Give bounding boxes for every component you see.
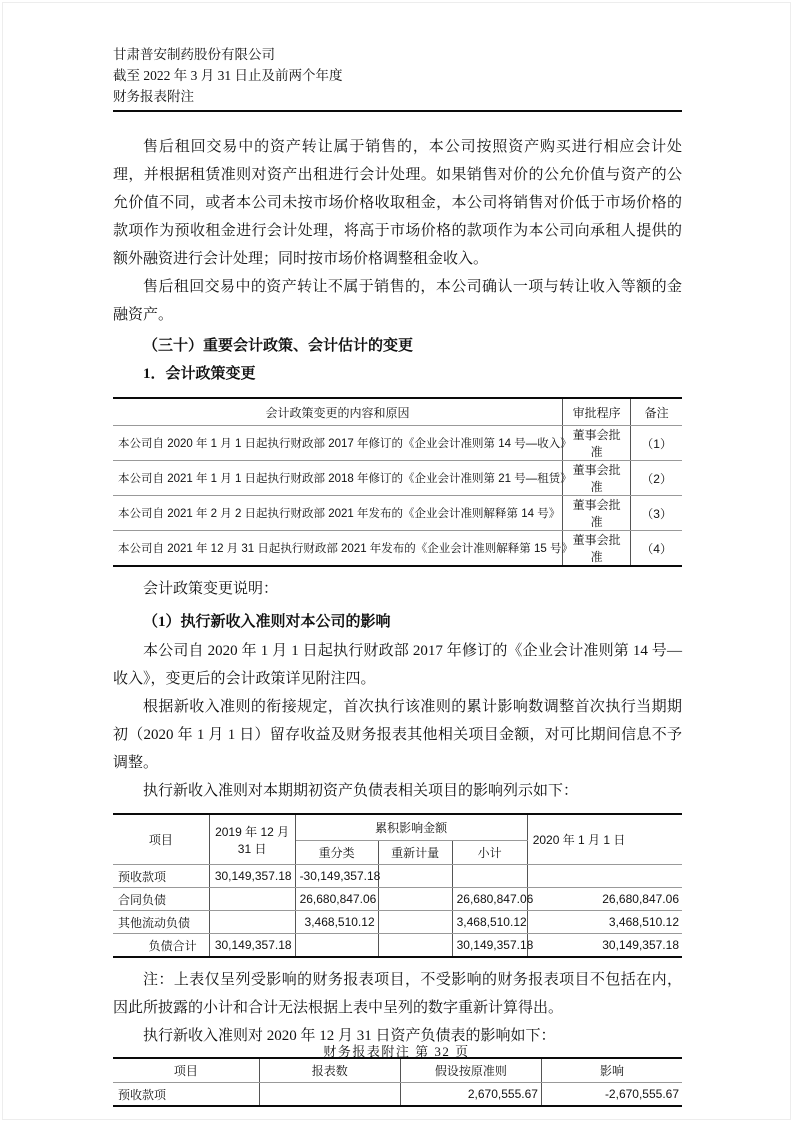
column-header-subtotal: 小计 (452, 841, 527, 865)
value-cell: -30,149,357.18 (295, 865, 378, 888)
column-header-remeasurement: 重新计量 (378, 841, 452, 865)
column-header-approval: 审批程序 (563, 398, 631, 426)
value-cell (209, 888, 295, 911)
item-cell: 预收款项 (113, 865, 209, 888)
value-cell (378, 934, 452, 958)
approval-cell: 董事会批准 (563, 461, 631, 496)
policy-content-cell: 本公司自 2021 年 2 月 2 日起执行财政部 2021 年发布的《企业会计… (113, 496, 563, 531)
paragraph-new-revenue-adoption: 本公司自 2020 年 1 月 1 日起执行财政部 2017 年修订的《企业会计… (113, 637, 682, 693)
note-cell: （4） (631, 531, 682, 567)
page-content: 甘肃普安制药股份有限公司 截至 2022 年 3 月 31 日止及前两个年度 财… (113, 0, 682, 1107)
approval-cell: 董事会批准 (563, 496, 631, 531)
subsection-heading-new-revenue: （1）执行新收入准则对本公司的影响 (113, 608, 682, 636)
note-cell: （1） (631, 426, 682, 461)
value-cell: 2,670,555.67 (400, 1083, 541, 1107)
table-header-row: 项目 报表数 假设按原准则 影响 (113, 1058, 682, 1083)
table-row: 本公司自 2021 年 12 月 31 日起执行财政部 2021 年发布的《企业… (113, 531, 682, 567)
balance-sheet-2020-impact-table: 项目 报表数 假设按原准则 影响 预收款项 2,670,555.67 -2,67… (113, 1057, 682, 1107)
column-header-jan1-2020: 2020 年 1 月 1 日 (527, 814, 682, 865)
table-row: 本公司自 2020 年 1 月 1 日起执行财政部 2017 年修订的《企业会计… (113, 426, 682, 461)
table-row: 合同负债 26,680,847.06 26,680,847.06 26,680,… (113, 888, 682, 911)
table-header-row: 项目 2019 年 12 月 31 日 累积影响金额 2020 年 1 月 1 … (113, 814, 682, 841)
subsection-heading-policy-change: 1．会计政策变更 (113, 360, 682, 388)
value-cell: 26,680,847.06 (295, 888, 378, 911)
value-cell (378, 888, 452, 911)
value-cell (452, 865, 527, 888)
value-cell: 3,468,510.12 (452, 911, 527, 934)
value-cell (527, 865, 682, 888)
paragraph-policy-note: 会计政策变更说明： (113, 575, 682, 603)
column-header-dec31-2019: 2019 年 12 月 31 日 (209, 814, 295, 865)
column-header-cumulative-impact: 累积影响金额 (295, 814, 527, 841)
paragraph-opening-impact-intro: 执行新收入准则对本期期初资产负债表相关项目的影响列示如下： (113, 777, 682, 805)
note-cell: （3） (631, 496, 682, 531)
opening-balance-impact-table: 项目 2019 年 12 月 31 日 累积影响金额 2020 年 1 月 1 … (113, 813, 682, 958)
note-cell: （2） (631, 461, 682, 496)
value-cell: 3,468,510.12 (527, 911, 682, 934)
value-cell: 26,680,847.06 (452, 888, 527, 911)
table-header-row: 会计政策变更的内容和原因 审批程序 备注 (113, 398, 682, 426)
column-header-effect: 影响 (541, 1058, 682, 1083)
column-header-note: 备注 (631, 398, 682, 426)
document-page: 甘肃普安制药股份有限公司 截至 2022 年 3 月 31 日止及前两个年度 财… (0, 0, 793, 1122)
policy-content-cell: 本公司自 2021 年 12 月 31 日起执行财政部 2021 年发布的《企业… (113, 531, 563, 567)
paragraph-table-note: 注：上表仅呈列受影响的财务报表项目，不受影响的财务报表项目不包括在内，因此所披露… (113, 966, 682, 1022)
table-row: 预收款项 2,670,555.67 -2,670,555.67 (113, 1083, 682, 1107)
section-heading-30: （三十）重要会计政策、会计估计的变更 (113, 332, 682, 360)
table-row: 预收款项 30,149,357.18 -30,149,357.18 (113, 865, 682, 888)
value-cell: 30,149,357.18 (452, 934, 527, 958)
value-cell: 30,149,357.18 (527, 934, 682, 958)
value-cell (259, 1083, 400, 1107)
table-row: 其他流动负债 3,468,510.12 3,468,510.12 3,468,5… (113, 911, 682, 934)
item-cell: 合同负债 (113, 888, 209, 911)
document-header: 甘肃普安制药股份有限公司 截至 2022 年 3 月 31 日止及前两个年度 财… (113, 0, 682, 107)
value-cell (295, 934, 378, 958)
document-type: 财务报表附注 (113, 86, 682, 107)
paragraph-sale-leaseback-nonsale: 售后租回交易中的资产转让不属于销售的，本公司确认一项与转让收入等额的金融资产。 (113, 273, 682, 329)
column-header-reclassification: 重分类 (295, 841, 378, 865)
header-divider (113, 110, 682, 112)
item-cell: 负债合计 (113, 934, 209, 958)
report-period: 截至 2022 年 3 月 31 日止及前两个年度 (113, 65, 682, 86)
value-cell: 3,468,510.12 (295, 911, 378, 934)
item-cell: 预收款项 (113, 1083, 259, 1107)
column-header-item: 项目 (113, 1058, 259, 1083)
value-cell (209, 911, 295, 934)
value-cell: 26,680,847.06 (527, 888, 682, 911)
table-row-total: 负债合计 30,149,357.18 30,149,357.18 30,149,… (113, 934, 682, 958)
column-header-under-old-standard: 假设按原准则 (400, 1058, 541, 1083)
column-header-item: 项目 (113, 814, 209, 865)
paragraph-transition-rule: 根据新收入准则的衔接规定，首次执行该准则的累计影响数调整首次执行当期期初（202… (113, 693, 682, 777)
value-cell (378, 865, 452, 888)
value-cell (378, 911, 452, 934)
table-row: 本公司自 2021 年 2 月 2 日起执行财政部 2021 年发布的《企业会计… (113, 496, 682, 531)
approval-cell: 董事会批准 (563, 426, 631, 461)
value-cell: 30,149,357.18 (209, 934, 295, 958)
company-name: 甘肃普安制药股份有限公司 (113, 44, 682, 65)
policy-content-cell: 本公司自 2021 年 1 月 1 日起执行财政部 2018 年修订的《企业会计… (113, 461, 563, 496)
table-row: 本公司自 2021 年 1 月 1 日起执行财政部 2018 年修订的《企业会计… (113, 461, 682, 496)
item-cell: 其他流动负债 (113, 911, 209, 934)
policy-change-table: 会计政策变更的内容和原因 审批程序 备注 本公司自 2020 年 1 月 1 日… (113, 397, 682, 567)
value-cell: 30,149,357.18 (209, 865, 295, 888)
column-header-content: 会计政策变更的内容和原因 (113, 398, 563, 426)
value-cell: -2,670,555.67 (541, 1083, 682, 1107)
paragraph-sale-leaseback-sale: 售后租回交易中的资产转让属于销售的，本公司按照资产购买进行相应会计处理，并根据租… (113, 133, 682, 273)
policy-content-cell: 本公司自 2020 年 1 月 1 日起执行财政部 2017 年修订的《企业会计… (113, 426, 563, 461)
column-header-reported: 报表数 (259, 1058, 400, 1083)
page-footer: 财务报表附注 第 32 页 (0, 1041, 793, 1060)
